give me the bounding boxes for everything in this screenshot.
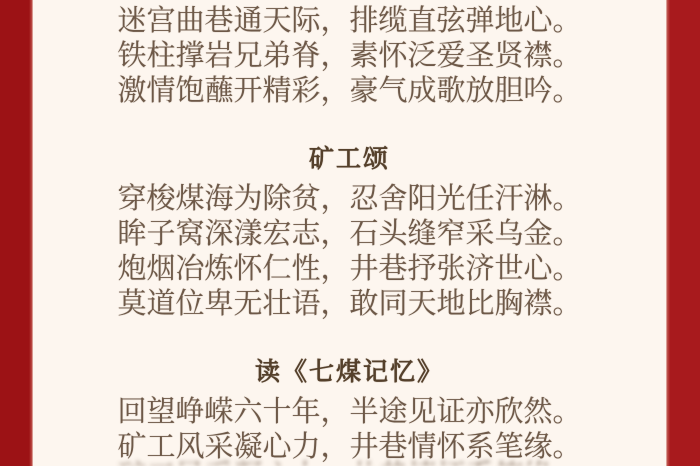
poem-text-column: 迷宫曲巷通天际，排缆直弦弹地心。 铁柱撑岩兄弟脊，素怀泛爱圣贤襟。 激情饱蘸开精… [33, 0, 666, 466]
poem-line: 回望峥嵘六十年，半途见证亦欣然。 [33, 395, 666, 430]
poem-title-du-qimei-jiyi: 读《七煤记忆》 [33, 355, 666, 390]
poem-line: 铁柱撑岩兄弟脊，素怀泛爱圣贤襟。 [33, 39, 666, 74]
poem-line: 迷宫曲巷通天际，排缆直弦弹地心。 [33, 4, 666, 39]
right-red-border [666, 0, 700, 466]
clipped-next-line-blur: 矿工风采凝心力，井巷情怀系笔缘。 [33, 460, 666, 466]
poem-line: 炮烟冶炼怀仁性，井巷抒张济世心。 [33, 252, 666, 287]
poem-line: 眸子窝深漾宏志，石头缝窄采乌金。 [33, 217, 666, 252]
poem-title-kuanggongsong: 矿工颂 [33, 142, 666, 177]
poem-line: 莫道位卑无壮语，敢同天地比胸襟。 [33, 287, 666, 322]
poem-line: 激情饱蘸开精彩，豪气成歌放胆吟。 [33, 74, 666, 109]
left-red-border [0, 0, 33, 466]
poem-line: 穿梭煤海为除贫，忍舍阳光任汗淋。 [33, 182, 666, 217]
poetry-article-page: 迷宫曲巷通天际，排缆直弦弹地心。 铁柱撑岩兄弟脊，素怀泛爱圣贤襟。 激情饱蘸开精… [0, 0, 700, 466]
